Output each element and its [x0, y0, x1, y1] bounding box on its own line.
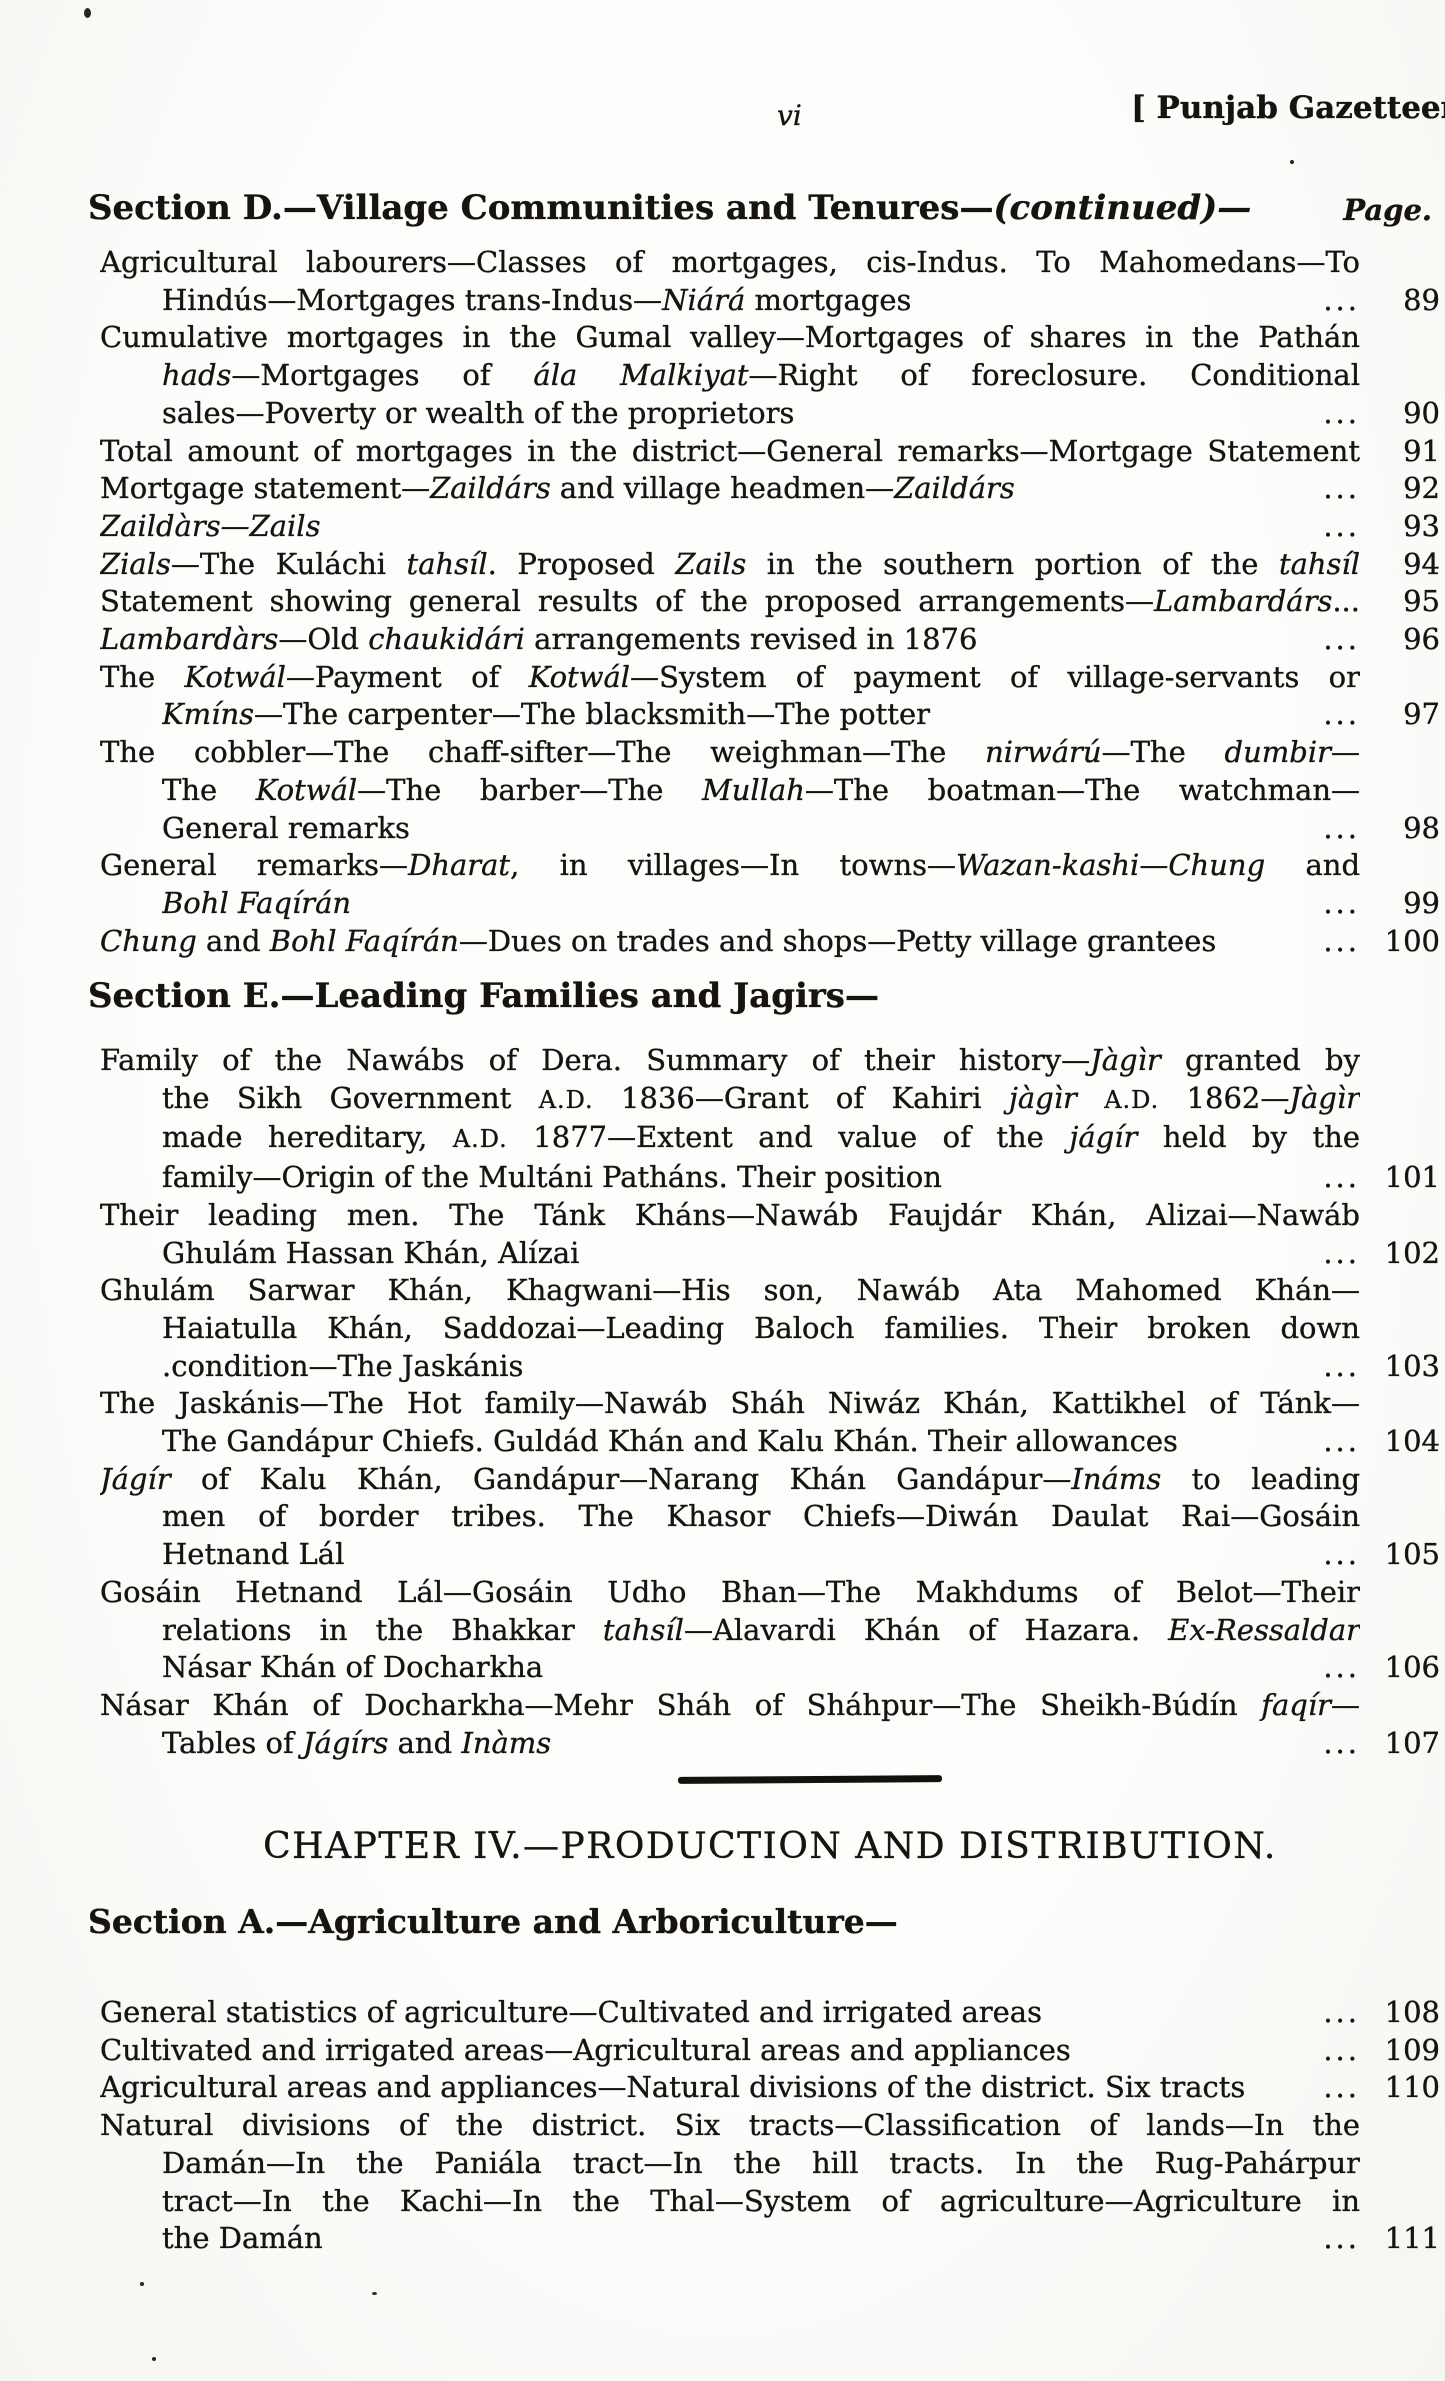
entry-text: Jágír of Kalu Khán, Gandápur—Narang Khán…: [100, 1461, 1360, 1499]
toc-entry-line: hads—Mortgages of ála Malkiyat—Right of …: [100, 357, 1440, 395]
page-number: 92: [1360, 470, 1440, 508]
toc-entry-line: Mortgage statement—Zaildárs and village …: [100, 470, 1440, 508]
entry-text: Agricultural labourers—Classes of mortga…: [100, 244, 1360, 282]
dot-leader: ...: [1317, 810, 1360, 848]
toc-entry-line: Ghulám Hassan Khán, Alízai...102: [100, 1235, 1440, 1273]
toc-entry-line: the Sikh Government A.D. 1836—Grant of K…: [100, 1080, 1440, 1120]
toc-entry-line: made hereditary, A.D. 1877—Extent and va…: [100, 1119, 1440, 1159]
toc-entry-line: Jágír of Kalu Khán, Gandápur—Narang Khán…: [100, 1461, 1440, 1499]
section-divider-rule: [678, 1775, 942, 1784]
page-number: [1360, 319, 1440, 357]
toc-entry-line: Total amount of mortgages in the distric…: [100, 433, 1440, 471]
toc-entry-line: Ghulám Sarwar Khán, Khagwani—His son, Na…: [100, 1272, 1440, 1310]
entry-text: the Damán: [162, 2220, 1317, 2258]
page-number: [1360, 772, 1440, 810]
section-a-heading: Section A.—Agriculture and Arboriculture…: [88, 1902, 1440, 1941]
dot-leader: ...: [1317, 282, 1360, 320]
entry-text: Kmíns—The carpenter—The blacksmith—The p…: [162, 696, 1317, 734]
entry-text: Haiatulla Khán, Saddozai—Leading Baloch …: [162, 1310, 1360, 1348]
toc-entry-line: Kmíns—The carpenter—The blacksmith—The p…: [100, 696, 1440, 734]
page-number: 98: [1360, 810, 1440, 848]
dot-leader: ...: [1317, 2069, 1360, 2107]
page-number: [1360, 1310, 1440, 1348]
entry-text: Natural divisions of the district. Six t…: [100, 2107, 1360, 2145]
entry-text: Agricultural areas and appliances—Natura…: [100, 2069, 1317, 2107]
section-e-heading: Section E.—Leading Families and Jagirs—: [88, 976, 1440, 1016]
toc-entry-line: family—Origin of the Multáni Patháns. Th…: [100, 1159, 1440, 1197]
entry-text: relations in the Bhakkar tahsíl—Alavardi…: [162, 1612, 1360, 1650]
entry-text: General remarks—Dharat, in villages—In t…: [100, 847, 1360, 885]
entry-text: sales—Poverty or wealth of the proprieto…: [162, 395, 1317, 433]
entry-text: Tables of Jágírs and Inàms: [162, 1725, 1317, 1763]
toc-entry-line: Zials—The Kuláchi tahsíl. Proposed Zails…: [100, 546, 1440, 584]
page-number: 102: [1360, 1235, 1440, 1273]
entry-text: Family of the Nawábs of Dera. Summary of…: [100, 1042, 1360, 1080]
toc-entry-line: General remarks—Dharat, in villages—In t…: [100, 847, 1440, 885]
toc-entry-line: Chung and Bohl Faqírán—Dues on trades an…: [100, 923, 1440, 961]
dot-leader: ...: [1317, 2220, 1360, 2258]
toc-entry-line: The Gandápur Chiefs. Guldád Khán and Kal…: [100, 1423, 1440, 1461]
page-number: [1360, 1612, 1440, 1650]
page-number: 110: [1360, 2069, 1440, 2107]
dot-leader: ...: [1317, 1423, 1360, 1461]
toc-entry-line: Agricultural areas and appliances—Natura…: [100, 2069, 1440, 2107]
chapter-iv-heading: CHAPTER IV.—PRODUCTION AND DISTRIBUTION.: [100, 1826, 1440, 1867]
page-number: 95: [1360, 583, 1440, 621]
toc-entry-line: Cumulative mortgages in the Gumal valley…: [100, 319, 1440, 357]
toc-entry-line: sales—Poverty or wealth of the proprieto…: [100, 395, 1440, 433]
toc-entries-d: Agricultural labourers—Classes of mortga…: [100, 244, 1440, 960]
entry-text: The Jaskánis—The Hot family—Nawáb Sháh N…: [100, 1385, 1360, 1423]
dot-leader: ...: [1317, 621, 1360, 659]
entry-text: General remarks: [162, 810, 1317, 848]
section-d-heading: Page. Section D.—Village Communities and…: [88, 188, 1440, 228]
toc-entry-line: Haiatulla Khán, Saddozai—Leading Baloch …: [100, 1310, 1440, 1348]
section-d-title: Section D.—Village Communities and Tenur…: [88, 188, 993, 228]
entry-text: Zials—The Kuláchi tahsíl. Proposed Zails…: [100, 546, 1360, 584]
toc-entry-line: .condition—The Jaskánis...103: [100, 1348, 1440, 1386]
dot-leader: ...: [1317, 1159, 1360, 1197]
entry-text: Gosáin Hetnand Lál—Gosáin Udho Bhan—The …: [100, 1574, 1360, 1612]
page-number: [1360, 1272, 1440, 1310]
page-number: [1360, 357, 1440, 395]
page-number: 90: [1360, 395, 1440, 433]
entry-text: .condition—The Jaskánis: [162, 1348, 1317, 1386]
toc-entry-line: General remarks...98: [100, 810, 1440, 848]
entry-text: The Gandápur Chiefs. Guldád Khán and Kal…: [162, 1423, 1317, 1461]
toc-entry-line: Agricultural labourers—Classes of mortga…: [100, 244, 1440, 282]
entry-text: Násar Khán of Docharkha: [162, 1649, 1317, 1687]
folio-page-number: vi: [777, 99, 802, 132]
entry-text: the Sikh Government A.D. 1836—Grant of K…: [162, 1080, 1360, 1120]
entry-text: Their leading men. The Tánk Kháns—Nawáb …: [100, 1197, 1360, 1235]
toc-entry-line: Damán—In the Paniála tract—In the hill t…: [100, 2145, 1440, 2183]
toc-entry-line: The Jaskánis—The Hot family—Nawáb Sháh N…: [100, 1385, 1440, 1423]
entry-text: Mortgage statement—Zaildárs and village …: [100, 470, 1317, 508]
toc-entry-line: men of border tribes. The Khasor Chiefs—…: [100, 1498, 1440, 1536]
scan-speck: [84, 8, 91, 18]
page-column-label: Page.: [1343, 193, 1440, 227]
page-number: [1360, 2145, 1440, 2183]
entry-text: Ghulám Hassan Khán, Alízai: [162, 1235, 1317, 1273]
entry-text: Zaildàrs—Zails: [100, 508, 1317, 546]
toc-entry-line: Family of the Nawábs of Dera. Summary of…: [100, 1042, 1440, 1080]
dot-leader: ...: [1317, 2032, 1360, 2070]
toc-entry-line: tract—In the Kachi—In the Thal—System of…: [100, 2183, 1440, 2221]
entry-text: Ghulám Sarwar Khán, Khagwani—His son, Na…: [100, 1272, 1360, 1310]
page-number: 101: [1360, 1159, 1440, 1197]
entry-text: family—Origin of the Multáni Patháns. Th…: [162, 1159, 1317, 1197]
dot-leader: ...: [1317, 1235, 1360, 1273]
entry-text: Total amount of mortgages in the distric…: [100, 433, 1360, 471]
dot-leader: ...: [1317, 395, 1360, 433]
entry-text: Bohl Faqírán: [162, 885, 1317, 923]
dot-leader: ...: [1317, 1536, 1360, 1574]
page-number: 91: [1360, 433, 1440, 471]
page-number: 106: [1360, 1649, 1440, 1687]
toc-entry-line: the Damán...111: [100, 2220, 1440, 2258]
page-number: [1360, 847, 1440, 885]
section-d-continued: (continued)—: [993, 188, 1251, 228]
entry-text: Chung and Bohl Faqírán—Dues on trades an…: [100, 923, 1317, 961]
dot-leader: ...: [1317, 1649, 1360, 1687]
toc-entry-line: Hetnand Lál...105: [100, 1536, 1440, 1574]
page-number: 108: [1360, 1994, 1440, 2032]
page-number: 89: [1360, 282, 1440, 320]
entry-text: General statistics of agriculture—Cultiv…: [100, 1994, 1317, 2032]
page-number: [1360, 1385, 1440, 1423]
page-number: 93: [1360, 508, 1440, 546]
dot-leader: ...: [1317, 1994, 1360, 2032]
page-number: 104: [1360, 1423, 1440, 1461]
toc-entry-line: Their leading men. The Tánk Kháns—Nawáb …: [100, 1197, 1440, 1235]
dot-leader: ...: [1317, 885, 1360, 923]
page-number: [1360, 1080, 1440, 1120]
entry-text: hads—Mortgages of ála Malkiyat—Right of …: [162, 357, 1360, 395]
page-number: 107: [1360, 1725, 1440, 1763]
page-number: [1360, 1197, 1440, 1235]
page-number: 109: [1360, 2032, 1440, 2070]
toc-entry-line: Gosáin Hetnand Lál—Gosáin Udho Bhan—The …: [100, 1574, 1440, 1612]
page-number: [1360, 1498, 1440, 1536]
page-number: 96: [1360, 621, 1440, 659]
toc-entry-line: The Kotwál—Payment of Kotwál—System of p…: [100, 659, 1440, 697]
entry-text: tract—In the Kachi—In the Thal—System of…: [162, 2183, 1360, 2221]
page-number: 111: [1360, 2220, 1440, 2258]
page-number: [1360, 2183, 1440, 2221]
toc-entry-line: Statement showing general results of the…: [100, 583, 1440, 621]
toc-entry-line: Násar Khán of Docharkha...106: [100, 1649, 1440, 1687]
dot-leader: ...: [1317, 508, 1360, 546]
page-number: [1360, 1042, 1440, 1080]
entry-text: made hereditary, A.D. 1877—Extent and va…: [162, 1119, 1360, 1159]
dot-leader: ...: [1317, 696, 1360, 734]
toc-entry-line: Tables of Jágírs and Inàms...107: [100, 1725, 1440, 1763]
page-number: 100: [1360, 923, 1440, 961]
scanned-page: [ Punjab Gazetteer vi Page. Section D.—V…: [0, 0, 1445, 2381]
entry-text: The cobbler—The chaff-sifter—The weighma…: [100, 734, 1360, 772]
page-number: [1360, 1687, 1440, 1725]
entry-text: The Kotwál—Payment of Kotwál—System of p…: [100, 659, 1360, 697]
toc-entry-line: The cobbler—The chaff-sifter—The weighma…: [100, 734, 1440, 772]
toc-entry-line: relations in the Bhakkar tahsíl—Alavardi…: [100, 1612, 1440, 1650]
section-e-title: Section E.—Leading Families and Jagirs—: [88, 976, 879, 1016]
entry-text: Statement showing general results of the…: [100, 583, 1360, 621]
page-number: 103: [1360, 1348, 1440, 1386]
entry-text: The Kotwál—The barber—The Mullah—The boa…: [162, 772, 1360, 810]
toc-entry-line: Cultivated and irrigated areas—Agricultu…: [100, 2032, 1440, 2070]
page-number: 105: [1360, 1536, 1440, 1574]
entry-text: Damán—In the Paniála tract—In the hill t…: [162, 2145, 1360, 2183]
entry-text: Cultivated and irrigated areas—Agricultu…: [100, 2032, 1317, 2070]
running-title: [ Punjab Gazetteer: [1131, 90, 1445, 126]
page-number: [1360, 659, 1440, 697]
toc-entry-line: General statistics of agriculture—Cultiv…: [100, 1994, 1440, 2032]
dot-leader: ...: [1317, 923, 1360, 961]
page-number: [1360, 1119, 1440, 1159]
toc-entry-line: Násar Khán of Docharkha—Mehr Sháh of Shá…: [100, 1687, 1440, 1725]
page-number: [1360, 2107, 1440, 2145]
page-number: 97: [1360, 696, 1440, 734]
page-number: [1360, 1461, 1440, 1499]
entry-text: Násar Khán of Docharkha—Mehr Sháh of Shá…: [100, 1687, 1360, 1725]
page-number: [1360, 244, 1440, 282]
toc-entry-line: Lambardàrs—Old chaukidári arrangements r…: [100, 621, 1440, 659]
page-number: 99: [1360, 885, 1440, 923]
toc-entry-line: The Kotwál—The barber—The Mullah—The boa…: [100, 772, 1440, 810]
toc-entry-line: Zaildàrs—Zails...93: [100, 508, 1440, 546]
entry-text: Hindús—Mortgages trans-Indus—Niárá mortg…: [162, 282, 1317, 320]
scan-speck: [372, 2292, 377, 2295]
page-number: 94: [1360, 546, 1440, 584]
toc-entry-line: Natural divisions of the district. Six t…: [100, 2107, 1440, 2145]
entry-text: men of border tribes. The Khasor Chiefs—…: [162, 1498, 1360, 1536]
dot-leader: ...: [1317, 1348, 1360, 1386]
scan-speck: [1290, 160, 1294, 164]
page-number: [1360, 734, 1440, 772]
entry-text: Lambardàrs—Old chaukidári arrangements r…: [100, 621, 1317, 659]
entry-text: Hetnand Lál: [162, 1536, 1317, 1574]
dot-leader: ...: [1317, 470, 1360, 508]
toc-entry-line: Bohl Faqírán...99: [100, 885, 1440, 923]
scan-speck: [140, 2282, 144, 2286]
toc-entry-line: Hindús—Mortgages trans-Indus—Niárá mortg…: [100, 282, 1440, 320]
section-a-title: Section A.—Agriculture and Arboriculture…: [88, 1902, 898, 1941]
entry-text: Cumulative mortgages in the Gumal valley…: [100, 319, 1360, 357]
toc-entries-e: Family of the Nawábs of Dera. Summary of…: [100, 1042, 1440, 1762]
page-number: [1360, 1574, 1440, 1612]
dot-leader: ...: [1317, 1725, 1360, 1763]
toc-entries-a: General statistics of agriculture—Cultiv…: [100, 1994, 1440, 2258]
scan-speck: [152, 2357, 156, 2361]
